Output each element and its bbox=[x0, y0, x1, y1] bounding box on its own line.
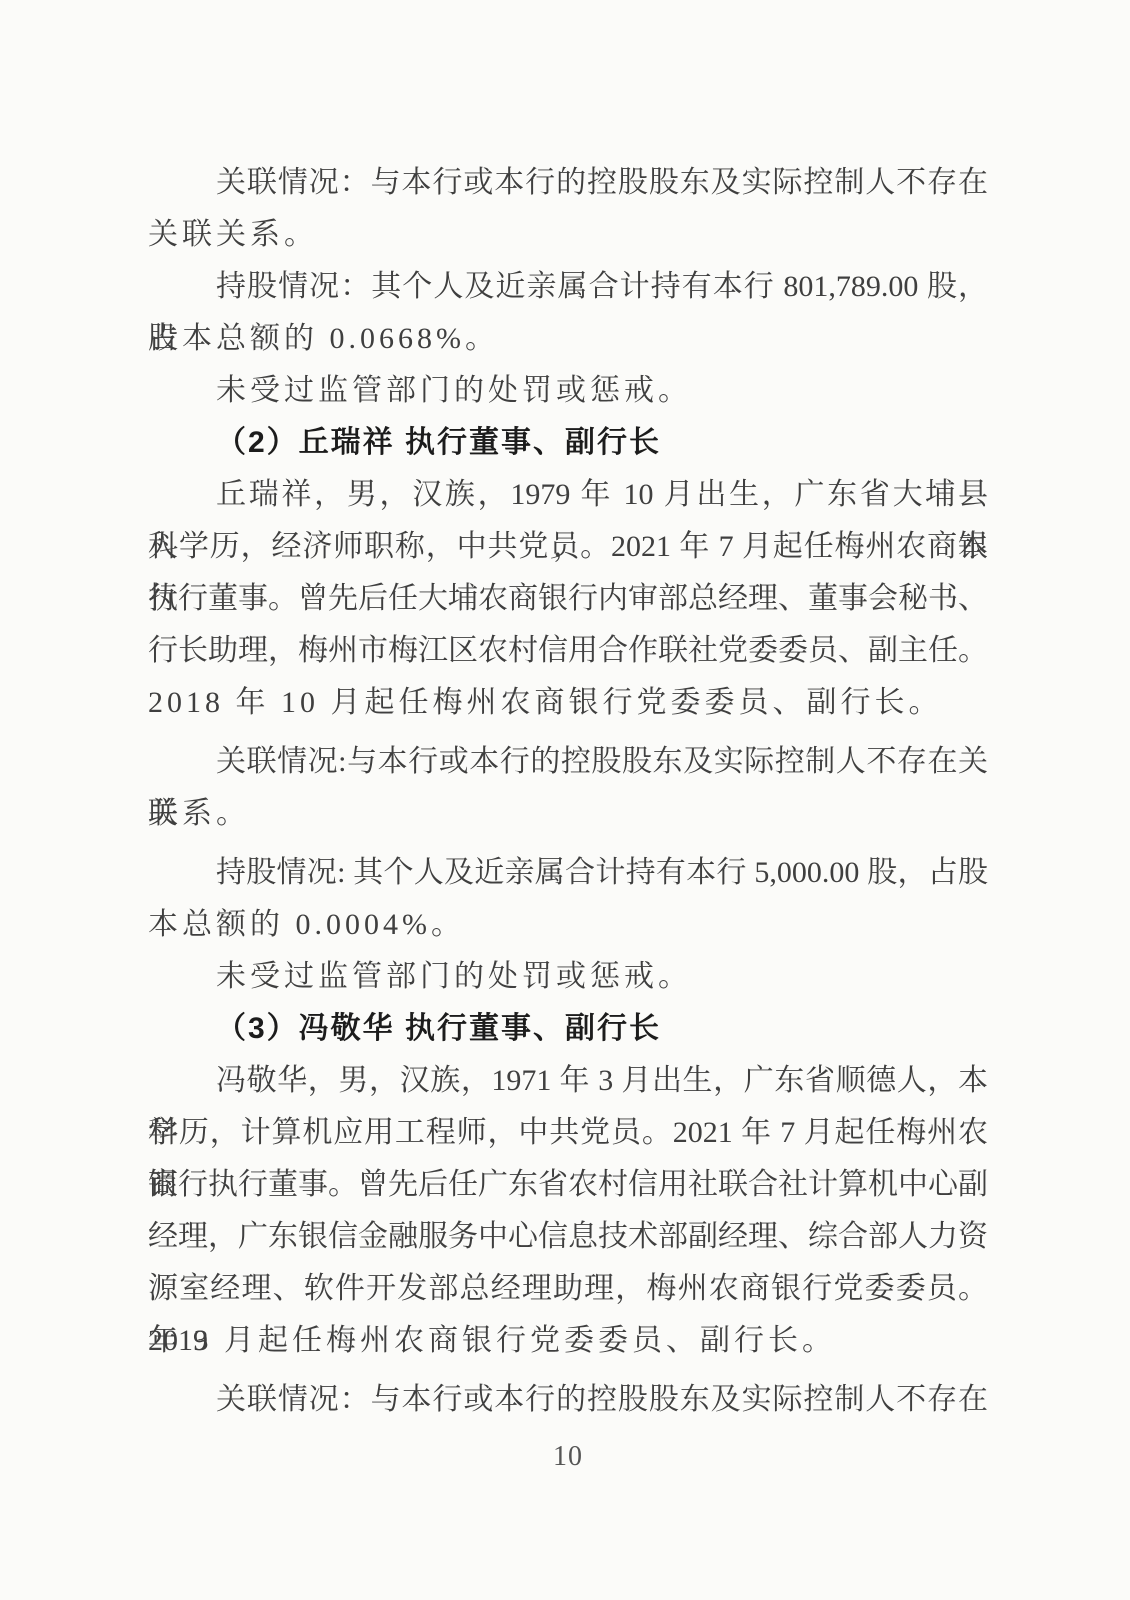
text-line-affiliation-cont: 关系。 bbox=[148, 788, 988, 840]
text-line-bio: 行长助理，梅州市梅江区农村信用合作联社党委委员、副主任。 bbox=[148, 625, 988, 677]
page-number: 10 bbox=[148, 1442, 988, 1472]
text-line-affiliation: 关联情况：与本行或本行的控股股东及实际控制人不存在 bbox=[148, 157, 988, 209]
text-line-bio: 执行董事。曾先后任大埔农商银行内审部总经理、董事会秘书、 bbox=[148, 573, 988, 625]
section-3-heading: （3）冯敬华 执行董事、副行长 bbox=[148, 1003, 988, 1055]
document-page: 关联情况：与本行或本行的控股股东及实际控制人不存在 关联关系。 持股情况：其个人… bbox=[0, 0, 1130, 1600]
text-line-bio: 丘瑞祥，男，汉族，1979 年 10 月出生，广东省大埔县人，本 bbox=[148, 469, 988, 521]
text-line-bio: 学历，计算机应用工程师，中共党员。2021 年 7 月起任梅州农商 bbox=[148, 1107, 988, 1159]
text-line-bio: 科学历，经济师职称，中共党员。2021 年 7 月起任梅州农商银行 bbox=[148, 521, 988, 573]
text-line-bio: 2018 年 10 月起任梅州农商银行党委委员、副行长。 bbox=[148, 677, 988, 729]
text-line-no-penalty: 未受过监管部门的处罚或惩戒。 bbox=[148, 951, 988, 1003]
text-line-no-penalty: 未受过监管部门的处罚或惩戒。 bbox=[148, 365, 988, 417]
text-line-shareholding-cont: 股本总额的 0.0668%。 bbox=[148, 313, 988, 365]
text-line-bio: 经理，广东银信金融服务中心信息技术部副经理、综合部人力资 bbox=[148, 1211, 988, 1263]
text-line-shareholding: 持股情况：其个人及近亲属合计持有本行 801,789.00 股，占 bbox=[148, 261, 988, 313]
section-2-heading: （2）丘瑞祥 执行董事、副行长 bbox=[148, 417, 988, 469]
text-line-affiliation: 关联情况:与本行或本行的控股股东及实际控制人不存在关联 bbox=[148, 736, 988, 788]
text-line-bio: 银行执行董事。曾先后任广东省农村信用社联合社计算机中心副 bbox=[148, 1159, 988, 1211]
text-line-affiliation: 关联情况：与本行或本行的控股股东及实际控制人不存在 bbox=[148, 1374, 988, 1426]
text-line-shareholding-cont: 本总额的 0.0004%。 bbox=[148, 899, 988, 951]
text-line-affiliation-cont: 关联关系。 bbox=[148, 209, 988, 261]
text-line-bio: 年 3 月起任梅州农商银行党委委员、副行长。 bbox=[148, 1315, 988, 1367]
text-line-bio: 源室经理、软件开发部总经理助理，梅州农商银行党委委员。2019 bbox=[148, 1263, 988, 1315]
body-text: 关联情况：与本行或本行的控股股东及实际控制人不存在 关联关系。 持股情况：其个人… bbox=[148, 157, 988, 1426]
text-line-shareholding: 持股情况: 其个人及近亲属合计持有本行 5,000.00 股，占股 bbox=[148, 847, 988, 899]
text-line-bio: 冯敬华，男，汉族，1971 年 3 月出生，广东省顺德人，本科 bbox=[148, 1055, 988, 1107]
